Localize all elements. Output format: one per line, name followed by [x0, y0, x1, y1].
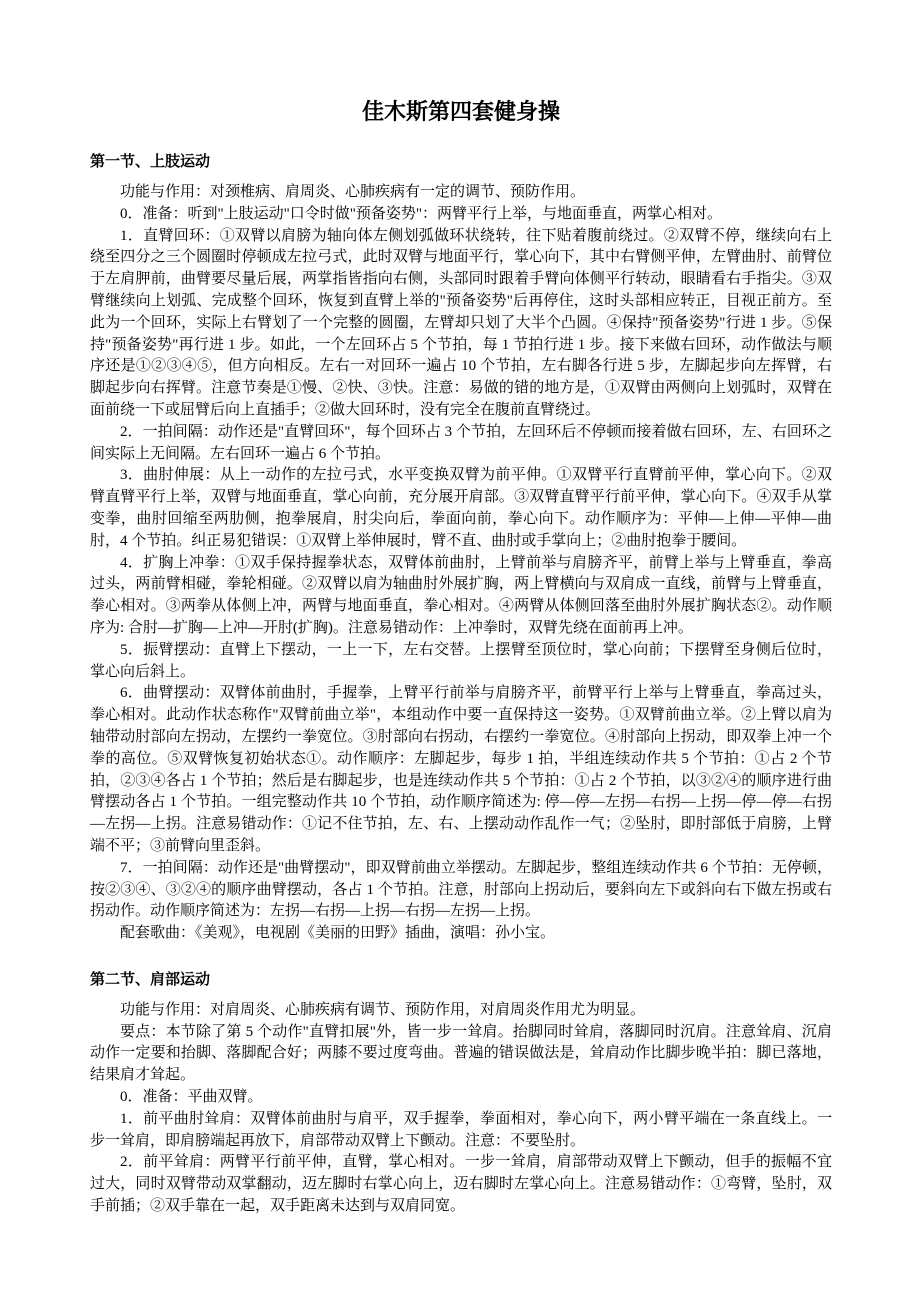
paragraph: 功能与作用：对肩周炎、心肺疾病有调节、预防作用，对肩周炎作用尤为明显。 [90, 1000, 832, 1022]
document-page: 佳木斯第四套健身操 第一节、上肢运动 功能与作用：对颈椎病、肩周炎、心肺疾病有一… [0, 0, 920, 1302]
document-title: 佳木斯第四套健身操 [90, 97, 832, 127]
paragraph: 1．直臂回环：①双臂以肩膀为轴向体左侧划弧做环状绕转，往下贴着腹前绕过。②双臂不… [90, 226, 832, 422]
paragraph: 2．前平耸肩：两臂平行前平伸，直臂，掌心相对。一步一耸肩，肩部带动双臂上下颤动，… [90, 1152, 832, 1217]
section-upper-limb: 第一节、上肢运动 功能与作用：对颈椎病、肩周炎、心肺疾病有一定的调节、预防作用。… [90, 151, 832, 945]
paragraph-song-credit: 配套歌曲：《美观》，电视剧《美丽的田野》插曲，演唱：孙小宝。 [90, 923, 832, 945]
paragraph: 7．一拍间隔：动作还是"曲臂摆动"，即双臂前曲立举摆动。左脚起步，整组连续动作共… [90, 858, 832, 923]
paragraph: 功能与作用：对颈椎病、肩周炎、心肺疾病有一定的调节、预防作用。 [90, 182, 832, 204]
paragraph: 要点：本节除了第 5 个动作"直臂扣展"外，皆一步一耸肩。抬脚同时耸肩，落脚同时… [90, 1022, 832, 1087]
paragraph: 6．曲臂摆动：双臂体前曲肘，手握拳，上臂平行前举与肩膀齐平，前臂平行上举与上臂垂… [90, 683, 832, 857]
paragraph: 2．一拍间隔：动作还是"直臂回环"，每个回环占 3 个节拍，左回环后不停顿而接着… [90, 422, 832, 466]
paragraph: 4．扩胸上冲拳：①双手保持握拳状态，双臂体前曲肘，上臂前举与肩膀齐平，前臂上举与… [90, 553, 832, 640]
paragraph: 5．振臂摆动：直臂上下摆动，一上一下，左右交替。上摆臂至顶位时，掌心向前；下摆臂… [90, 640, 832, 684]
paragraph: 3．曲肘伸展：从上一动作的左拉弓式，水平变换双臂为前平伸。①双臂平行直臂前平伸，… [90, 465, 832, 552]
section-shoulder: 第二节、肩部运动 功能与作用：对肩周炎、心肺疾病有调节、预防作用，对肩周炎作用尤… [90, 969, 832, 1218]
paragraph: 0．准备：听到"上肢运动"口令时做"预备姿势"：两臂平行上举，与地面垂直，两掌心… [90, 204, 832, 226]
paragraph: 0．准备：平曲双臂。 [90, 1087, 832, 1109]
section-1-heading: 第一节、上肢运动 [90, 151, 832, 173]
paragraph: 1．前平曲肘耸肩：双臂体前曲肘与肩平，双手握拳，拳面相对，拳心向下，两小臂平端在… [90, 1109, 832, 1153]
section-2-heading: 第二节、肩部运动 [90, 969, 832, 991]
